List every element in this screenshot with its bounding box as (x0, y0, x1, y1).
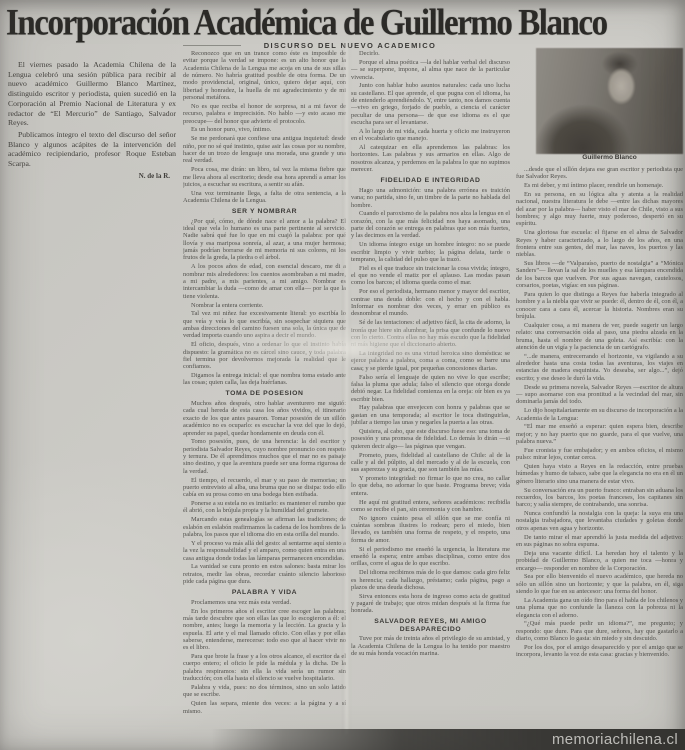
body-paragraph: Poca cosa, me dirán: un libro, tal vez l… (183, 166, 346, 188)
body-paragraph: Por eso el periodista, hermano menor y m… (351, 288, 510, 317)
body-paragraph: Nunca confundió la nostalgia con la quej… (516, 510, 683, 532)
body-paragraph: Es un honor puro, vivo, íntimo. (183, 126, 346, 133)
body-paragraph: Se me perdonará que confiese una antigua… (183, 135, 346, 164)
body-paragraph: Tal vez mi niñez fue excesivamente liter… (183, 310, 346, 339)
section-header: SER Y NOMBRAR (183, 208, 346, 215)
body-paragraph: Quien haya visto a Reyes en la redacción… (516, 463, 683, 485)
headline: Incorporación Académica de Guillermo Bla… (6, 3, 658, 44)
body-paragraph: ¿Por qué, cómo, de dónde nace el amor a … (183, 218, 346, 262)
body-paragraph: Junto con hablar hubo asuntos naturales:… (351, 82, 510, 126)
body-paragraph: Para quien lo que distinga a Reyes fue h… (516, 291, 683, 320)
body-paragraph: Es mi deber, y mi íntimo placer, rendirl… (516, 182, 683, 189)
section-header: PALABRA Y VIDA (183, 589, 346, 596)
body-paragraph: Cualquier cosa, a mi manera de ver, pued… (516, 322, 683, 351)
speech-column-1: Reconozco que en un trance como éste es … (183, 50, 346, 748)
body-paragraph: Marcando estas genealogías se afirman la… (183, 516, 346, 538)
body-paragraph: El tiempo, el recuerdo, el mar y su paso… (183, 477, 346, 499)
body-paragraph: Una voz terminante llega, a falta de otr… (183, 190, 346, 205)
body-paragraph: La integridad no es una virtud heroica s… (351, 350, 510, 372)
body-paragraph: Muchos años después, otro hablar aventur… (183, 400, 346, 437)
body-paragraph: La vanidad se cura pronto en estos salon… (183, 563, 346, 585)
body-paragraph: No es que reciba el honor de sorpresa, n… (183, 103, 346, 125)
body-paragraph: Deja una vacante difícil. La heredan hoy… (516, 550, 683, 572)
body-paragraph: “¿Qué más puede pedir un idioma?”, me pr… (516, 620, 683, 642)
section-header: SALVADOR REYES, MI AMIGO DESAPARECIDO (351, 618, 510, 633)
body-paragraph: A los pocos años de edad, con esencial d… (183, 263, 346, 300)
body-paragraph: Fiel es el que traduce sin traicionar la… (351, 265, 510, 287)
body-paragraph: Porque el alma poética —la del hablar ve… (351, 59, 510, 81)
newspaper-clipping: Incorporación Académica de Guillermo Bla… (0, 0, 685, 750)
body-paragraph: Al catequizar en ella aprendemos las pal… (351, 144, 510, 173)
body-paragraph: Y prometo integridad: no firmar lo que n… (351, 475, 510, 497)
portrait-photo (536, 46, 683, 154)
body-paragraph: Su conversación era un puerto franco: en… (516, 487, 683, 509)
body-paragraph: Palabra y vida, pues: no dos términos, s… (183, 684, 346, 699)
body-paragraph: Si el periodismo me enseñó la urgencia, … (351, 546, 510, 568)
body-paragraph: Hago una admonición: una palabra errónea… (351, 187, 510, 209)
photo-caption: Guillermo Blanco (536, 154, 683, 161)
body-paragraph: No ignoro cuánto pesa el sillón que se m… (351, 515, 510, 544)
intro-paragraph: El viernes pasado la Academia Chilena de… (8, 60, 176, 128)
body-paragraph: ...desde que el sillón dejara ese gran e… (516, 166, 683, 181)
body-paragraph: Proclamemos una vez más esta verdad. (183, 599, 346, 606)
body-paragraph: Cuando el paroxismo de la palabra nos al… (351, 210, 510, 239)
editor-note-byline: N. de la R. (8, 172, 176, 182)
body-paragraph: Una gloriosa fue escuela: el fijarse en … (516, 229, 683, 258)
body-paragraph: Decirlo. (351, 50, 510, 57)
speech-column-3: ...desde que el sillón dejara ese gran e… (516, 166, 683, 746)
body-paragraph: Para que brote la frase y a los otros al… (183, 653, 346, 682)
body-paragraph: Nombrar la entera corriente. (183, 302, 346, 309)
body-paragraph: Reconozco que en un trance como éste es … (183, 50, 346, 101)
body-paragraph: En los primeros años el escritor cree es… (183, 608, 346, 652)
body-paragraph: El oficio, después, vino a ordenar lo qu… (183, 341, 346, 370)
body-paragraph: Quisiera, al cabo, que este discurso fue… (351, 428, 510, 450)
body-paragraph: Hay palabras que envejecen con honra y p… (351, 404, 510, 426)
section-header: TOMA DE POSESION (183, 390, 346, 397)
body-paragraph: Del idioma recibimos más de lo que damos… (351, 569, 510, 591)
subhead: DISCURSO DEL NUEVO ACADEMICO (205, 41, 495, 50)
watermark-text: memoriachilena.cl (552, 731, 678, 748)
body-paragraph: Un idioma íntegro exige un hombre íntegr… (351, 241, 510, 263)
body-paragraph: Sea por ello bienvenido el nuevo académi… (516, 573, 683, 595)
body-paragraph: La Academia gana un oído fino para el ha… (516, 597, 683, 619)
speech-column-2: Decirlo.Porque el alma poética —la del h… (351, 50, 510, 748)
body-paragraph: Fue cronista y fue embajador; y en ambos… (516, 447, 683, 462)
body-paragraph: “...de manera, entrecerrando el horizont… (516, 353, 683, 382)
body-paragraph: Quien las separa, miente dos veces: a la… (183, 700, 346, 715)
intro-paragraph: Publicamos íntegro el texto del discurso… (8, 130, 176, 169)
editor-note-paragraphs: El viernes pasado la Academia Chilena de… (8, 60, 176, 169)
body-paragraph: Sé de las tentaciones: el adjetivo fácil… (351, 319, 510, 348)
body-paragraph: Ponerse a su estela no es imitarlo: es m… (183, 500, 346, 515)
body-paragraph: Por los dos, por el amigo desaparecido y… (516, 644, 683, 659)
body-paragraph: De tanto mirar el mar aprendió la justa … (516, 534, 683, 549)
body-paragraph: Desde su primera novela, Salvador Reyes … (516, 384, 683, 406)
body-paragraph: A lo largo de mi vida, cada huerta y ofi… (351, 128, 510, 143)
body-paragraph: Lo dijo hospitalariamente en su discurso… (516, 407, 683, 422)
body-paragraph: He aquí mi gratitud entera, señores acad… (351, 499, 510, 514)
body-paragraph: Prometo, pues, fidelidad al castellano d… (351, 452, 510, 474)
body-paragraph: Tuve por más de treinta años el privileg… (351, 635, 510, 657)
body-paragraph: Y el proceso va más allá del gesto: al s… (183, 540, 346, 562)
body-paragraph: En su persona, en su lógica alta y atent… (516, 191, 683, 228)
body-paragraph: Digamos la entrega inicial: el que nombr… (183, 372, 346, 387)
body-paragraph: Sus libros —de “Valparaíso, puerto de no… (516, 260, 683, 289)
editor-note: El viernes pasado la Academia Chilena de… (8, 60, 176, 181)
body-paragraph: Falso sería el lenguaje de quien no vive… (351, 374, 510, 403)
body-paragraph: Sirva entonces esta hora de ingreso como… (351, 593, 510, 615)
body-paragraph: “El mar me enseñó a esperar: quien esper… (516, 423, 683, 445)
section-header: FIDELIDAD E INTEGRIDAD (351, 177, 510, 184)
body-paragraph: Tomo posesión, pues, de una herencia: la… (183, 438, 346, 475)
